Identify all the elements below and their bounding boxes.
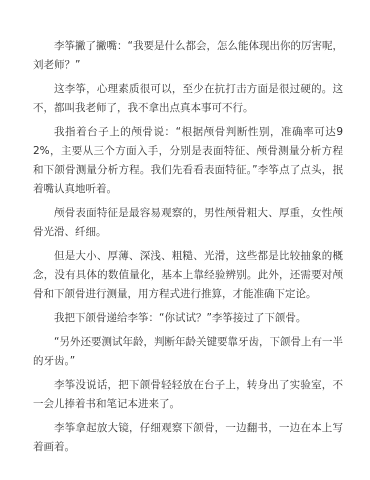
paragraph: 但是大小、厚薄、深浅、粗糙、光滑，这些都是比较抽象的概念，没有具体的数值量化，基… [33, 247, 343, 304]
reader-page: 李筝撇了撇嘴：“我要是什么都会，怎么能体现出你的厉害呢，刘老师？” 这李筝，心理… [0, 0, 370, 480]
paragraph: 颅骨表面特征是最容易观察的，男性颅骨粗大、厚重，女性颅骨光滑、纤细。 [33, 204, 343, 242]
paragraph: 李筝没说话，把下颌骨轻轻放在台子上，转身出了实验室，不一会儿捧着书和笔记本进来了… [33, 376, 343, 414]
paragraph: 我指着台子上的颅骨说：“根据颅骨判断性别，准确率可达92%，主要从三个方面入手，… [33, 123, 343, 199]
paragraph: 这李筝，心理素质很可以，至少在抗打击方面是很过硬的。这不，都叫我老师了，我不拿出… [33, 80, 343, 118]
paragraph: 李筝撇了撇嘴：“我要是什么都会，怎么能体现出你的厉害呢，刘老师？” [33, 37, 343, 75]
paragraph: 李筝拿起放大镜，仔细观察下颌骨，一边翻书，一边在本上写着画着。 [33, 419, 343, 457]
paragraph: “另外还要测试年龄，判断年龄关键要靠牙齿，下颌骨上有一半的牙齿。” [33, 333, 343, 371]
paragraph: 我把下颌骨递给李筝：“你试试？”李筝接过了下颌骨。 [33, 309, 343, 328]
